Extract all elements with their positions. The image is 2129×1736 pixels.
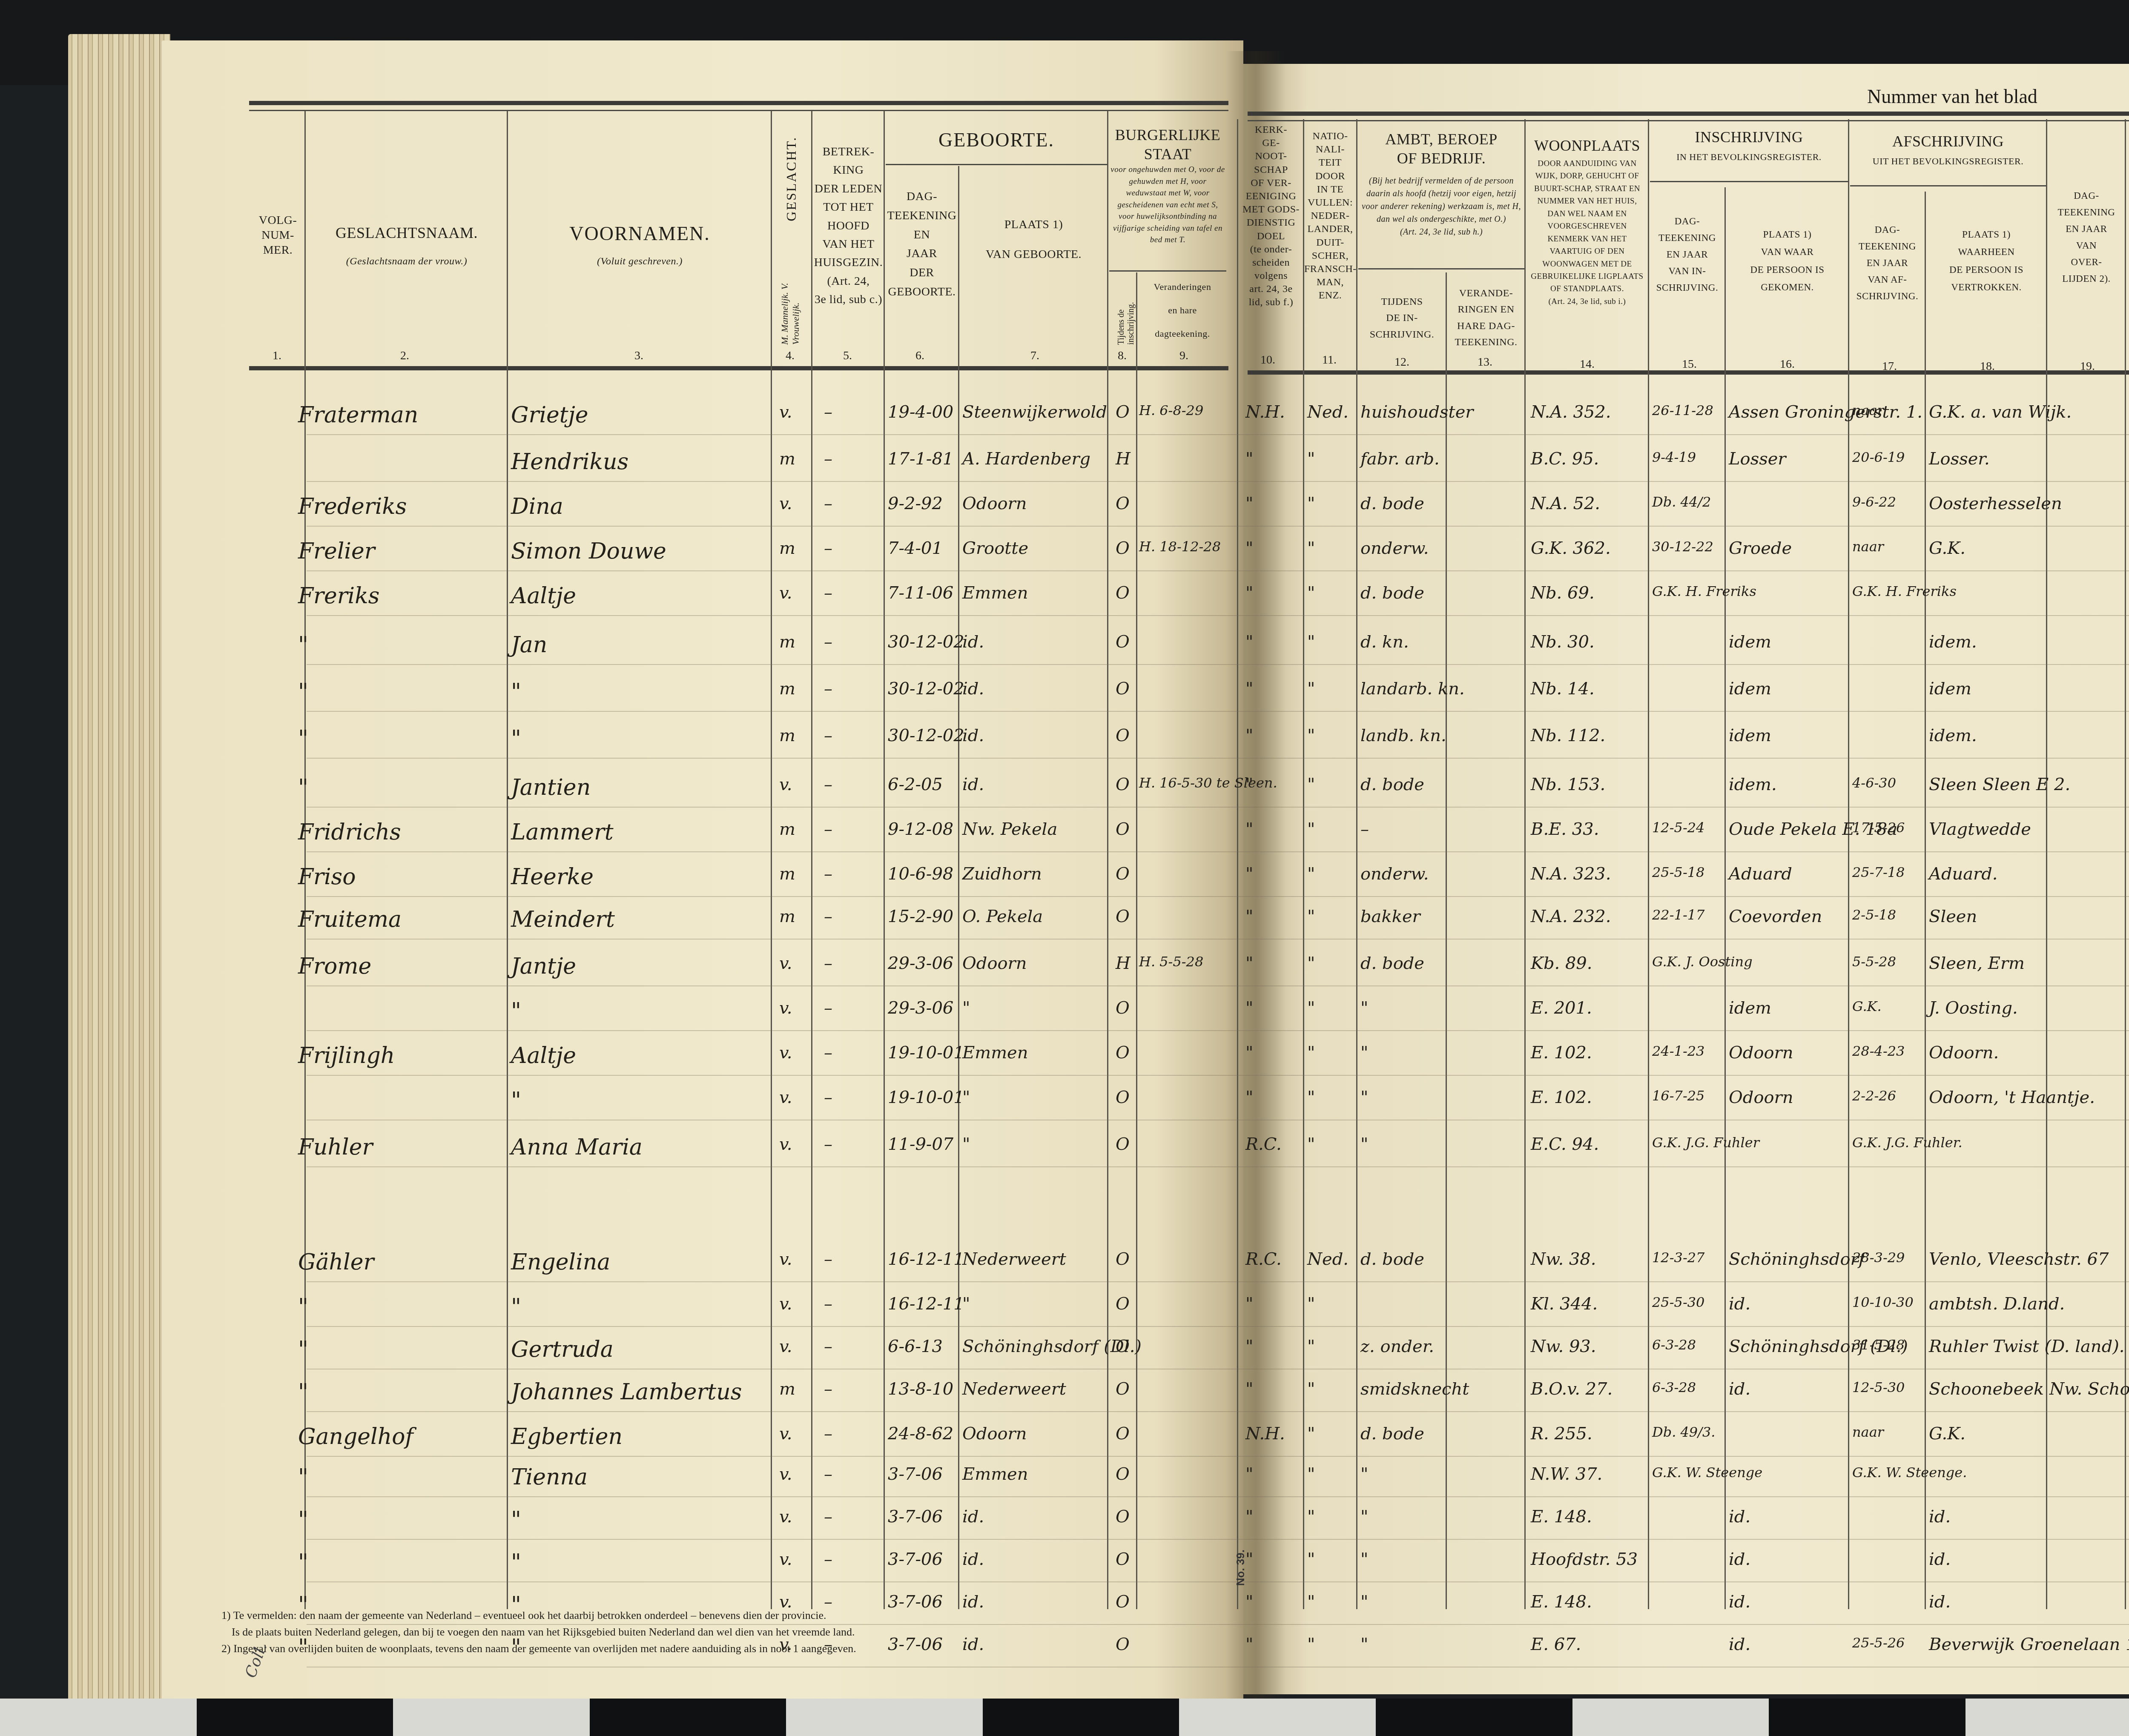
cell-out-to: G.K. a. van Wijk. xyxy=(1929,402,2072,422)
cell-dob: 3-7-06 xyxy=(888,1550,943,1569)
cell-nat: " xyxy=(1307,954,1315,973)
cell-out-to: idem. xyxy=(1929,726,1977,745)
cell-res: E. 148. xyxy=(1531,1507,1592,1527)
cell-out-date: 12-5-30 xyxy=(1852,1379,1905,1395)
cell-dob: 15-2-90 xyxy=(888,907,953,926)
cell-nat: " xyxy=(1307,539,1315,558)
cell-res: Nb. 69. xyxy=(1531,583,1595,603)
cell-church: " xyxy=(1245,998,1253,1018)
header-aanmerkingen-sub: (Art. 24, 5e lid.) xyxy=(2127,260,2129,272)
cell-civ: O xyxy=(1116,1464,1130,1484)
cell-in-from: idem xyxy=(1729,998,1771,1018)
cell-in-from: id. xyxy=(1729,1294,1750,1314)
cell-church: " xyxy=(1245,1507,1253,1527)
cell-res: G.K. 362. xyxy=(1531,539,1611,558)
cell-nat: " xyxy=(1307,449,1315,469)
row-guide-line xyxy=(307,1456,2129,1457)
col-divider xyxy=(884,111,885,1609)
cell-civ: O xyxy=(1116,494,1130,513)
cell-civ: O xyxy=(1116,998,1130,1018)
form-number: No. 39. xyxy=(1234,1550,1247,1586)
cell-dob: 29-3-06 xyxy=(888,998,953,1018)
cell-church: " xyxy=(1245,539,1253,558)
row-guide-line xyxy=(307,434,2129,435)
cell-res: R. 255. xyxy=(1531,1424,1592,1444)
cell-job: landarb. kn. xyxy=(1360,679,1465,699)
cell-nat: " xyxy=(1307,583,1315,603)
cell-sex: v. xyxy=(779,775,792,794)
header-betrekking: BETREK- KING DER LEDEN TOT HET HOOFD VAN… xyxy=(813,143,884,309)
cell-rel: – xyxy=(824,864,832,884)
cell-out-date: 25-7-18 xyxy=(1852,864,1905,880)
cell-job: fabr. arb. xyxy=(1360,449,1440,469)
cell-pob: Emmen xyxy=(962,583,1028,603)
cell-civ: O xyxy=(1116,819,1130,839)
color-checker-strip xyxy=(0,1699,2129,1736)
col-divider xyxy=(1303,119,1304,1609)
col-divider xyxy=(1107,111,1108,1609)
cell-sex: v. xyxy=(779,1507,792,1527)
cell-in-from: idem xyxy=(1729,679,1771,699)
cell-church: " xyxy=(1245,819,1253,839)
cell-nat: " xyxy=(1307,1592,1315,1612)
cell-res: Nb. 112. xyxy=(1531,726,1605,745)
cell-nat: Ned. xyxy=(1307,1249,1349,1269)
cell-church: " xyxy=(1245,726,1253,745)
cell-pob: id. xyxy=(962,1635,984,1654)
cell-out-to: Sleen Sleen E 2. xyxy=(1929,775,2070,794)
header-veranderingen: Veranderingen en hare dagteekening. xyxy=(1138,281,1227,340)
cell-in-from: Losser xyxy=(1729,449,1786,469)
cell-sex: m xyxy=(779,539,795,558)
cell-dob: 3-7-06 xyxy=(888,1635,943,1654)
cell-pob: id. xyxy=(962,1507,984,1527)
header-top-rule-left-thin xyxy=(249,110,1228,111)
cell-dob: 10-6-98 xyxy=(888,864,953,884)
cell-dob: 30-12-02 xyxy=(888,632,964,652)
cell-in-date: 6-3-28 xyxy=(1652,1337,1696,1353)
header-geslacht: GESLACHT. xyxy=(783,136,799,221)
cell-job: z. onder. xyxy=(1360,1337,1434,1356)
cell-nat: " xyxy=(1307,632,1315,652)
ambt-subrule xyxy=(1358,268,1524,269)
cell-given: " xyxy=(511,1507,521,1533)
cell-sex: m xyxy=(779,864,795,884)
cell-in-date: G.K. J. Oosting xyxy=(1652,954,1753,970)
cell-civ: O xyxy=(1116,1592,1130,1612)
cell-sex: v. xyxy=(779,998,792,1018)
cell-job: bakker xyxy=(1360,907,1420,926)
header-geslacht-sub: M. Mannelijk. V. Vrouwelijk. xyxy=(779,272,801,345)
cell-church: " xyxy=(1245,864,1253,884)
cell-sex: v. xyxy=(779,1043,792,1063)
cell-job: d. bode xyxy=(1360,1424,1424,1444)
cell-dob: 17-1-81 xyxy=(888,449,953,469)
row-guide-line xyxy=(307,1369,2129,1369)
cell-pob: Steenwijkerwold xyxy=(962,402,1107,422)
cell-res: B.C. 95. xyxy=(1531,449,1599,469)
cell-given: Gertruda xyxy=(511,1337,614,1362)
cell-civ: O xyxy=(1116,775,1130,794)
header-inschrijving-plaats: PLAATS 1) VAN WAAR DE PERSOON IS GEKOMEN… xyxy=(1727,226,1848,296)
col-number: 9. xyxy=(1179,349,1188,363)
cell-dob: 3-7-06 xyxy=(888,1464,943,1484)
cell-res: Hoofdstr. 53 xyxy=(1531,1550,1638,1569)
header-afschrijving-datum: DAG- TEEKENING EN JAAR VAN AF- SCHRIJVIN… xyxy=(1850,221,1925,304)
cell-rel: – xyxy=(824,583,832,603)
cell-job: " xyxy=(1360,1550,1368,1569)
cell-given: Lammert xyxy=(511,819,614,845)
cell-job: d. bode xyxy=(1360,1249,1424,1269)
row-guide-line xyxy=(307,1326,2129,1327)
cell-sex: m xyxy=(779,1379,795,1399)
cell-rel: – xyxy=(824,1337,832,1356)
col-number: 14. xyxy=(1580,358,1595,371)
cell-church: R.C. xyxy=(1245,1249,1282,1269)
header-afschrijving-plaats: PLAATS 1) WAARHEEN DE PERSOON IS VERTROK… xyxy=(1927,226,2046,296)
cell-out-to: Losser. xyxy=(1929,449,1990,469)
cell-job: " xyxy=(1360,1464,1368,1484)
header-nationaliteit: NATIO- NALI- TEIT DOOR IN TE VULLEN: NED… xyxy=(1304,130,1356,302)
col-divider xyxy=(1446,272,1447,1609)
col-divider xyxy=(1524,119,1526,1609)
cell-out-to: Aduard. xyxy=(1929,864,1998,884)
cell-rel: – xyxy=(824,1464,832,1484)
cell-job: " xyxy=(1360,1043,1368,1063)
cell-civ: O xyxy=(1116,1294,1130,1314)
cell-dob: 7-4-01 xyxy=(888,539,943,558)
cell-surname: " xyxy=(298,726,308,751)
cell-sex: v. xyxy=(779,1464,792,1484)
cell-rel: – xyxy=(824,1379,832,1399)
cell-surname: Fridrichs xyxy=(298,819,401,845)
row-guide-line xyxy=(307,615,2129,616)
cell-sex: v. xyxy=(779,954,792,973)
cell-civ: O xyxy=(1116,1550,1130,1569)
cell-res: Nb. 30. xyxy=(1531,632,1595,652)
cell-surname: " xyxy=(298,1464,308,1490)
cell-civ: O xyxy=(1116,1043,1130,1063)
col-number: 7. xyxy=(1030,349,1039,363)
col-number: 11. xyxy=(1322,353,1337,367)
col-number: 18. xyxy=(1980,360,1995,373)
cell-out-to: Odoorn. xyxy=(1929,1043,1999,1063)
cell-rel: – xyxy=(824,494,832,513)
cell-res: Kl. 344. xyxy=(1531,1294,1598,1314)
afschrijving-subrule xyxy=(1850,185,2046,186)
cell-given: " xyxy=(511,1550,521,1575)
col-divider xyxy=(1648,119,1649,1609)
cell-out-to: J. Oosting. xyxy=(1929,998,2018,1018)
cell-in-date: G.K. H. Freriks xyxy=(1652,583,1756,599)
cell-job: – xyxy=(1360,819,1369,839)
cell-civ-change: H. 5-5-28 xyxy=(1139,954,1203,970)
cell-civ-change: H. 16-5-30 te Sleen. xyxy=(1139,775,1277,791)
cell-surname: Freriks xyxy=(298,583,379,609)
cell-church: " xyxy=(1245,954,1253,973)
cell-out-date: 10-10-30 xyxy=(1852,1294,1914,1310)
cell-nat: " xyxy=(1307,1088,1315,1107)
cell-in-date: G.K. J.G. Fuhler xyxy=(1652,1134,1759,1151)
row-guide-line xyxy=(307,1166,2129,1167)
cell-church: " xyxy=(1245,494,1253,513)
cell-pob: Odoorn xyxy=(962,1424,1027,1444)
cell-out-date: 28-4-23 xyxy=(1852,1043,1905,1059)
cell-civ: O xyxy=(1116,539,1130,558)
cell-nat: " xyxy=(1307,1507,1315,1527)
col-number: 8. xyxy=(1118,349,1127,363)
cell-job: d. kn. xyxy=(1360,632,1409,652)
cell-in-date: 26-11-28 xyxy=(1652,402,1713,418)
header-inschrijving-sub: IN HET BEVOLKINGSREGISTER. xyxy=(1650,151,1848,163)
cell-church: " xyxy=(1245,449,1253,469)
cell-dob: 3-7-06 xyxy=(888,1592,943,1612)
cell-in-from: Assen Groningerstr. 1. xyxy=(1729,402,1922,422)
cell-out-date: 9-6-22 xyxy=(1852,494,1896,510)
cell-job: " xyxy=(1360,1507,1368,1527)
col-divider xyxy=(1237,119,1238,1609)
cell-out-to: Schoonebeek Nw. Schoonebeek xyxy=(1929,1379,2129,1399)
col-number: 3. xyxy=(634,349,643,363)
cell-civ: O xyxy=(1116,864,1130,884)
cell-rel: – xyxy=(824,1294,832,1314)
cell-surname: " xyxy=(298,775,308,800)
col-divider xyxy=(958,166,959,1609)
header-overlijden: DAG- TEEKENING EN JAAR VAN OVER- LIJDEN … xyxy=(2048,187,2125,287)
cell-church: N.H. xyxy=(1245,402,1285,422)
cell-res: Nb. 153. xyxy=(1531,775,1605,794)
cell-dob: 6-2-05 xyxy=(888,775,943,794)
cell-dob: 16-12-11 xyxy=(888,1249,964,1269)
cell-job: " xyxy=(1360,998,1368,1018)
cell-out-to: Sleen, Erm xyxy=(1929,954,2025,973)
cell-job: " xyxy=(1360,1592,1368,1612)
row-guide-line xyxy=(307,1075,2129,1076)
cell-out-date: naar xyxy=(1852,539,1884,555)
cell-given: Aaltje xyxy=(511,583,576,609)
cell-civ: O xyxy=(1116,583,1130,603)
cell-rel: – xyxy=(824,775,832,794)
cell-pob: Emmen xyxy=(962,1043,1028,1063)
cell-job: d. bode xyxy=(1360,775,1424,794)
cell-nat: " xyxy=(1307,1550,1315,1569)
cell-rel: – xyxy=(824,1507,832,1527)
cell-dob: 30-12-02 xyxy=(888,726,964,745)
row-guide-line xyxy=(307,711,2129,712)
cell-church: " xyxy=(1245,1043,1253,1063)
cell-given: Aaltje xyxy=(511,1043,576,1069)
cell-surname: " xyxy=(298,1550,308,1575)
cell-civ: O xyxy=(1116,907,1130,926)
cell-in-from: Schöninghsdorf xyxy=(1729,1249,1865,1269)
cell-nat: " xyxy=(1307,1379,1315,1399)
cell-church: " xyxy=(1245,1592,1253,1612)
row-guide-line xyxy=(307,851,2129,852)
cell-dob: 24-8-62 xyxy=(888,1424,953,1444)
col-divider xyxy=(1724,187,1726,1609)
cell-civ: O xyxy=(1116,1424,1130,1444)
cell-out-to: id. xyxy=(1929,1507,1951,1527)
cell-in-date: 6-3-28 xyxy=(1652,1379,1696,1395)
cell-civ: O xyxy=(1116,632,1130,652)
cell-res: N.A. 352. xyxy=(1531,402,1611,422)
cell-surname: Friso xyxy=(298,864,356,890)
cell-given: Jan xyxy=(511,632,547,658)
cell-dob: 7-11-06 xyxy=(888,583,953,603)
cell-pob: Nederweert xyxy=(962,1249,1066,1269)
col-divider xyxy=(507,111,508,1609)
cell-civ: O xyxy=(1116,679,1130,699)
cell-nat: " xyxy=(1307,1134,1315,1154)
cell-given: Johannes Lambertus xyxy=(511,1379,742,1405)
header-top-rule-left xyxy=(249,101,1228,105)
cell-dob: 13-8-10 xyxy=(888,1379,953,1399)
cell-rel: – xyxy=(824,819,832,839)
cell-sex: v. xyxy=(779,402,792,422)
cell-pob: id. xyxy=(962,679,984,699)
cell-in-date: Db. 49/3. xyxy=(1652,1424,1716,1440)
cell-rel: – xyxy=(824,1424,832,1444)
cell-pob: Odoorn xyxy=(962,954,1027,973)
cell-given: Anna Maria xyxy=(511,1134,643,1160)
cell-given: " xyxy=(511,726,521,751)
book-page-edges xyxy=(68,34,170,1711)
cell-civ: O xyxy=(1116,1249,1130,1269)
cell-given: Engelina xyxy=(511,1249,610,1275)
col-number: 13. xyxy=(1478,355,1492,369)
cell-nat: " xyxy=(1307,1424,1315,1444)
sheet-number-label: Nummer van het blad xyxy=(1867,85,2037,108)
col-number: 5. xyxy=(843,349,852,363)
cell-out-date: 2-5-18 xyxy=(1852,907,1896,923)
cell-pob: " xyxy=(962,1294,970,1314)
cell-nat: " xyxy=(1307,1294,1315,1314)
cell-out-to: Oosterhesselen xyxy=(1929,494,2062,513)
cell-surname: Fruitema xyxy=(298,907,402,932)
header-geslachtsnaam: GESLACHTSNAAM. xyxy=(307,223,507,243)
cell-given: " xyxy=(511,1294,521,1320)
cell-rel: – xyxy=(824,907,832,926)
cell-surname: " xyxy=(298,1379,308,1405)
cell-dob: 29-3-06 xyxy=(888,954,953,973)
cell-in-date: 22-1-17 xyxy=(1652,907,1704,923)
cell-nat: " xyxy=(1307,775,1315,794)
cell-given: Egbertien xyxy=(511,1424,623,1450)
cell-in-date: 25-5-30 xyxy=(1652,1294,1704,1310)
cell-surname: Frederiks xyxy=(298,494,407,519)
cell-out-date: G.K. xyxy=(1852,998,1882,1014)
cell-church: " xyxy=(1245,775,1253,794)
header-top-rule-right-thin xyxy=(1248,120,2129,121)
col-number: 6. xyxy=(915,349,924,363)
cell-surname: Fuhler xyxy=(298,1134,373,1160)
cell-in-from: idem. xyxy=(1729,775,1777,794)
header-voornamen: VOORNAMEN. xyxy=(509,221,771,246)
col-divider xyxy=(811,111,812,1609)
cell-given: Grietje xyxy=(511,402,588,428)
cell-pob: Emmen xyxy=(962,1464,1028,1484)
cell-nat: " xyxy=(1307,819,1315,839)
row-guide-line xyxy=(307,1120,2129,1120)
cell-res: Nw. 93. xyxy=(1531,1337,1596,1356)
cell-church: " xyxy=(1245,907,1253,926)
cell-out-date: 17-5-26 xyxy=(1852,819,1905,836)
row-guide-line xyxy=(307,1581,2129,1582)
cell-civ-change: H. 6-8-29 xyxy=(1139,402,1203,418)
cell-pob: id. xyxy=(962,726,984,745)
cell-nat: " xyxy=(1307,1337,1315,1356)
cell-nat: Ned. xyxy=(1307,402,1349,422)
cell-civ: O xyxy=(1116,1134,1130,1154)
footnote-2: 2) Ingeval van overlijden buiten de woon… xyxy=(221,1640,856,1657)
cell-sex: m xyxy=(779,726,795,745)
cell-pob: Zuidhorn xyxy=(962,864,1042,884)
col-divider xyxy=(771,111,772,1609)
cell-sex: v. xyxy=(779,1088,792,1107)
row-guide-line xyxy=(307,570,2129,571)
cell-church: " xyxy=(1245,632,1253,652)
cell-rel: – xyxy=(824,954,832,973)
col-number: 1. xyxy=(273,349,281,363)
cell-pob: O. Pekela xyxy=(962,907,1043,926)
header-kerkgenootschap: KERK- GE- NOOT- SCHAP OF VER- EENIGING M… xyxy=(1239,123,1303,309)
cell-in-from: idem xyxy=(1729,726,1771,745)
cell-sex: v. xyxy=(779,1424,792,1444)
header-aanmerkingen: AAN- MERKINGEN. xyxy=(2127,217,2129,255)
header-woonplaats: WOONPLAATS xyxy=(1526,136,1648,155)
cell-in-date: 25-5-18 xyxy=(1652,864,1704,880)
cell-res: N.W. 37. xyxy=(1531,1464,1602,1484)
cell-nat: " xyxy=(1307,1464,1315,1484)
cell-in-from: Odoorn xyxy=(1729,1043,1793,1063)
cell-out-date: 31-5-28 xyxy=(1852,1337,1905,1353)
cell-out-date: naar xyxy=(1852,402,1884,418)
cell-given: " xyxy=(511,1088,521,1113)
cell-surname: Frijlingh xyxy=(298,1043,395,1069)
cell-sex: m xyxy=(779,819,795,839)
cell-out-to: id. xyxy=(1929,1592,1951,1612)
header-volgnummer: VOLG- NUM- MER. xyxy=(251,213,304,258)
cell-dob: 11-9-07 xyxy=(888,1134,953,1154)
cell-in-from: id. xyxy=(1729,1379,1750,1399)
cell-nat: " xyxy=(1307,679,1315,699)
cell-sex: v. xyxy=(779,1337,792,1356)
cell-given: " xyxy=(511,998,521,1024)
col-number: 2. xyxy=(400,349,409,363)
cell-res: E. 102. xyxy=(1531,1088,1592,1107)
header-inschrijving-datum: DAG- TEEKENING EN JAAR VAN IN- SCHRIJVIN… xyxy=(1650,213,1724,296)
cell-in-from: Groede xyxy=(1729,539,1792,558)
cell-rel: – xyxy=(824,402,832,422)
cell-nat: " xyxy=(1307,494,1315,513)
cell-job: smidsknecht xyxy=(1360,1379,1469,1399)
cell-civ: O xyxy=(1116,402,1130,422)
row-guide-line xyxy=(307,1496,2129,1497)
cell-pob: Schöninghsdorf (Dl.) xyxy=(962,1337,1142,1356)
cell-pob: A. Hardenberg xyxy=(962,449,1090,469)
cell-pob: Nw. Pekela xyxy=(962,819,1057,839)
cell-res: N.A. 52. xyxy=(1531,494,1600,513)
header-geboorte-group: GEBOORTE. xyxy=(886,128,1107,152)
cell-dob: 19-10-01 xyxy=(888,1043,964,1063)
row-guide-line xyxy=(307,985,2129,986)
cell-given: Meindert xyxy=(511,907,615,932)
cell-rel: – xyxy=(824,998,832,1018)
cell-surname: Frome xyxy=(298,954,371,979)
cell-job: d. bode xyxy=(1360,494,1424,513)
col-number: 4. xyxy=(786,349,795,363)
cell-out-to: Venlo, Vleeschstr. 67 xyxy=(1929,1249,2109,1269)
